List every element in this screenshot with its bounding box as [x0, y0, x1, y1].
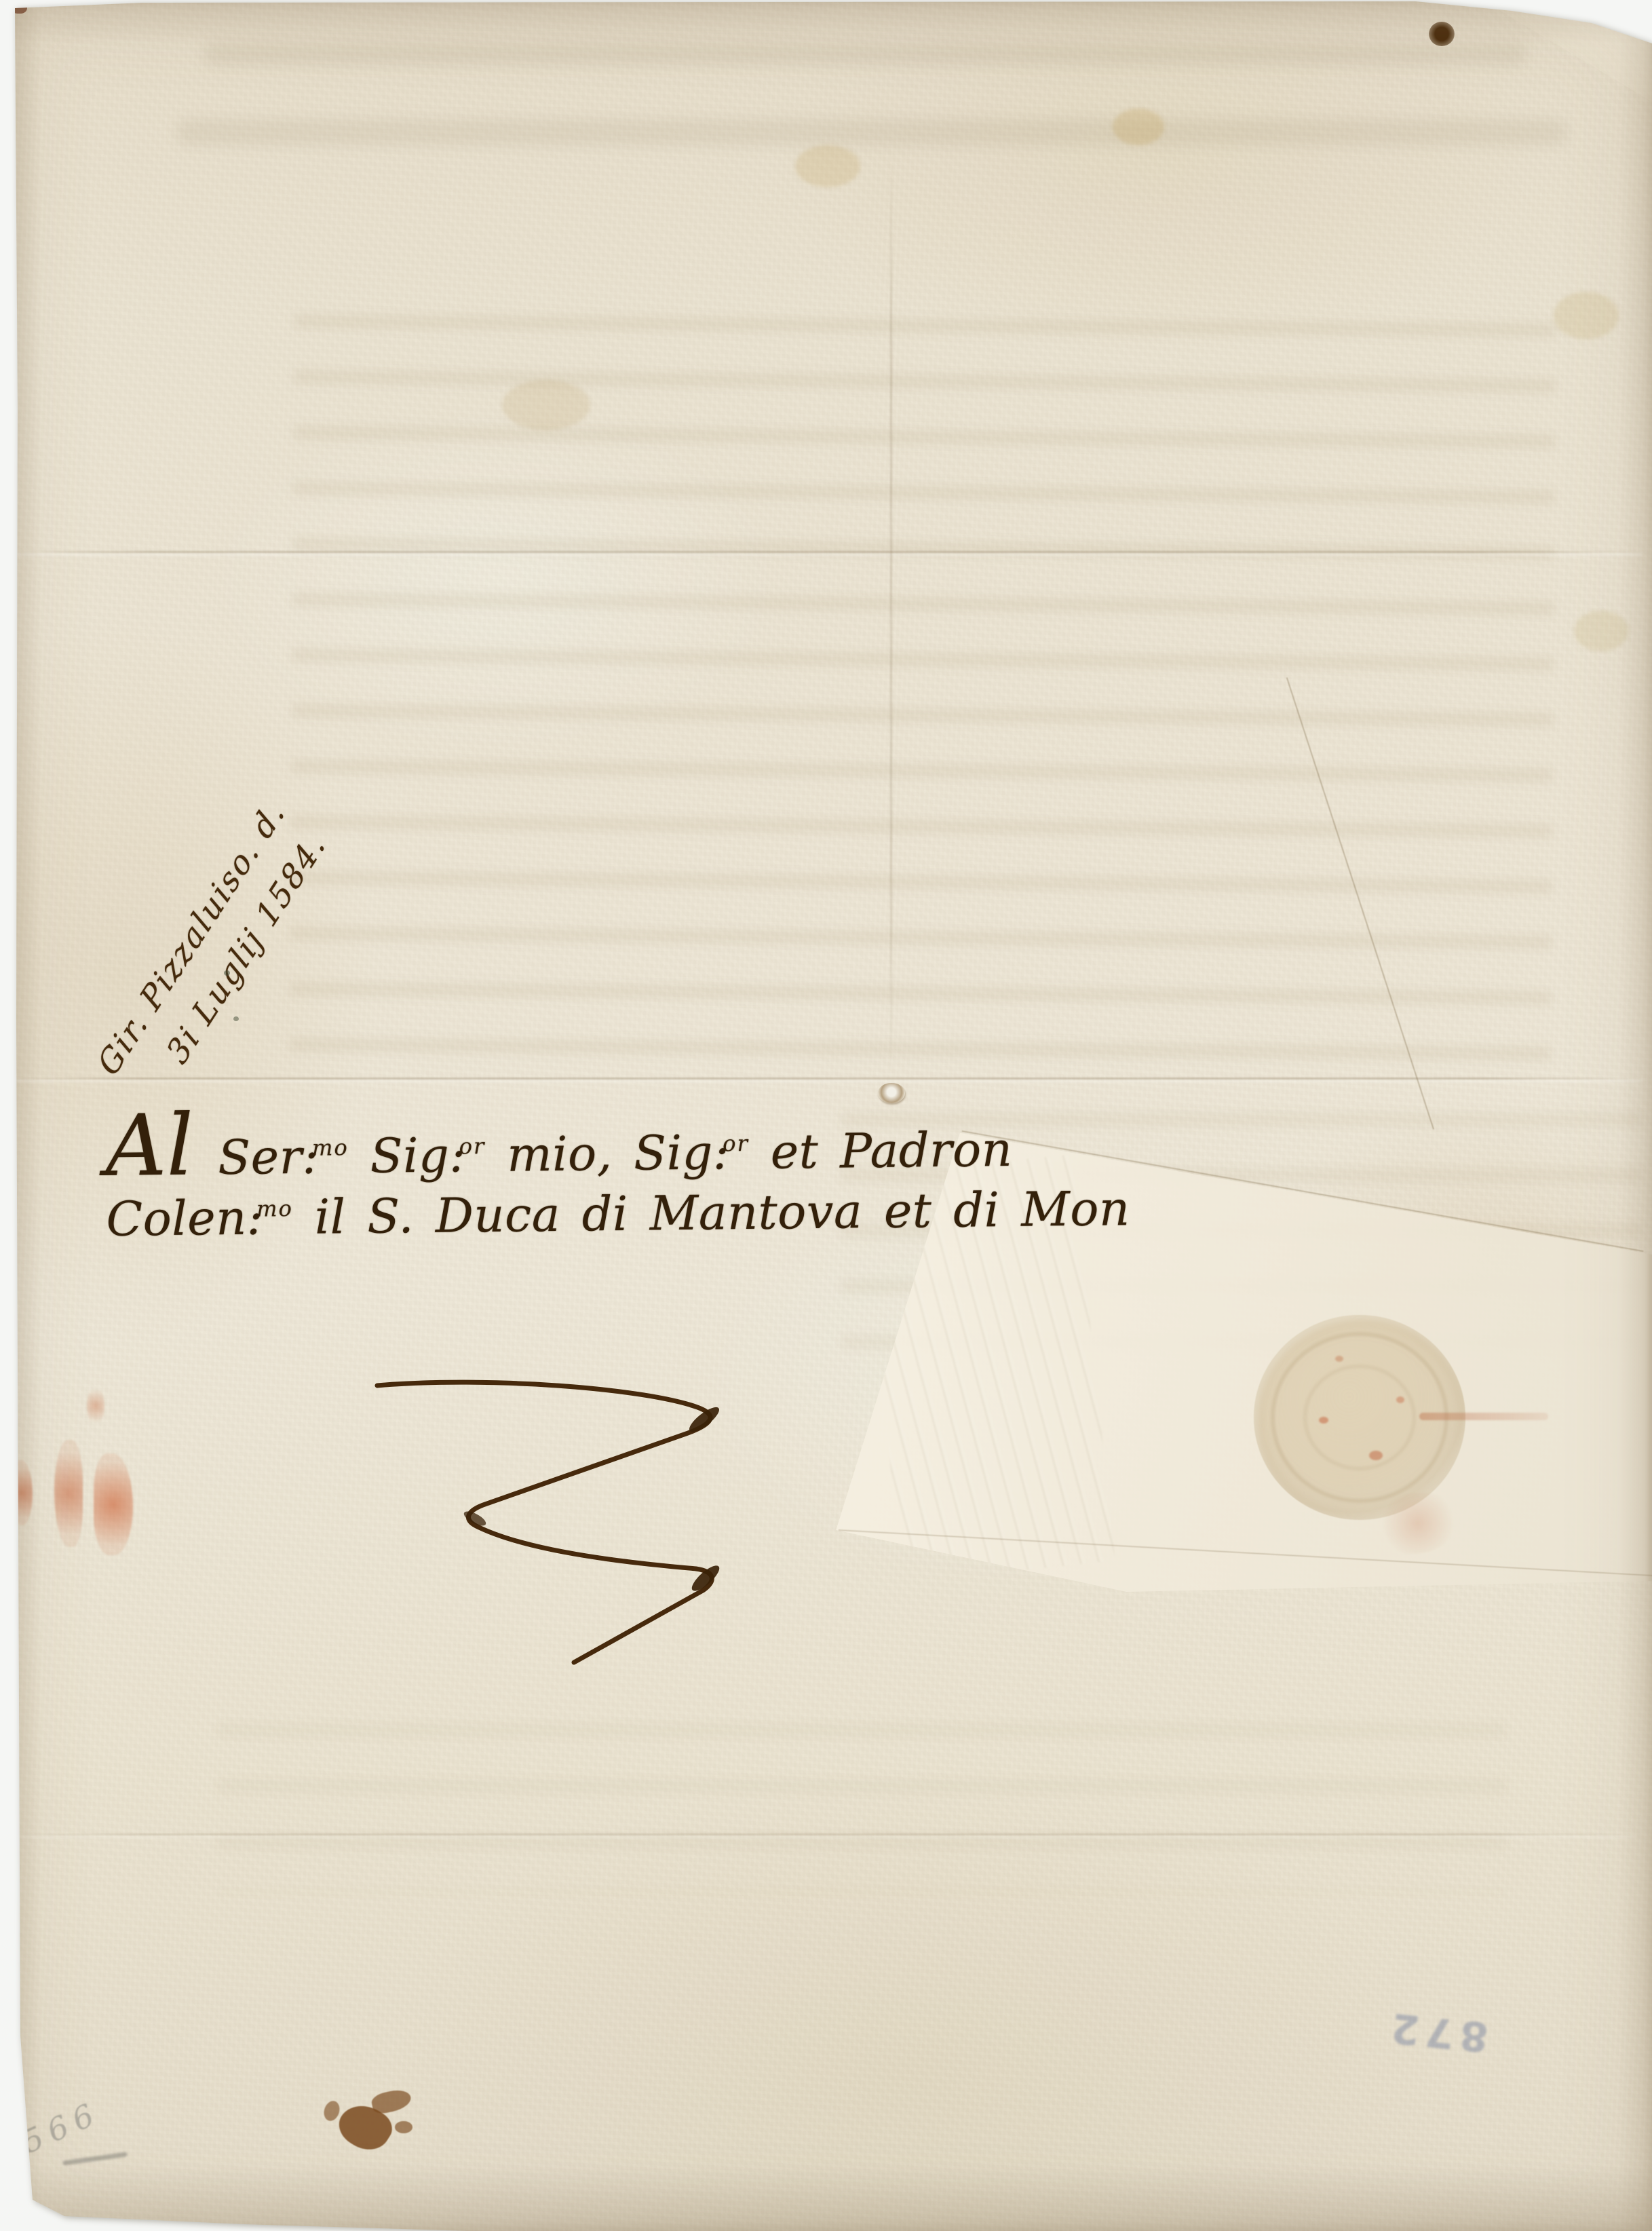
paper-hole [878, 1083, 905, 1103]
stain-spot [1554, 292, 1619, 339]
ink-blot [395, 2121, 412, 2133]
stain-spot [502, 380, 590, 430]
stain-spot [1113, 109, 1164, 145]
corner-ink-spot [11, 0, 27, 14]
paraph-flourish [0, 0, 1652, 2231]
paper-drop-shadow: Gir. Pizzaluiso. d. 3i Luglij 1584. Al S… [0, 0, 1652, 2231]
letter-paper-sheet: Gir. Pizzaluiso. d. 3i Luglij 1584. Al S… [0, 0, 1652, 2231]
mould-speck [224, 970, 230, 976]
scanned-letter-page: { "document_kind": "Early-modern manuscr… [0, 0, 1652, 2231]
stain-spot [795, 145, 860, 187]
stain-spot [1574, 611, 1628, 651]
mould-speck [233, 1016, 239, 1021]
ink-spot-top [1429, 22, 1455, 46]
